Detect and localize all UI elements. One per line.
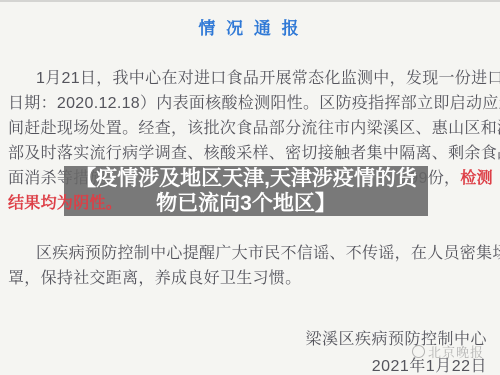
text-line: 部及时落实流行病学调查、核酸采样、密切接触者集中隔离、剩余食品封存、环境全 <box>8 141 495 166</box>
text-line: 1月21日，我中心在对进口食品开展常态化监测中，发现一份进口车厘子（生产 <box>8 66 495 91</box>
body-text: 1月21日，我中心在对进口食品开展常态化监测中，发现一份进口车厘子（生产 <box>36 70 500 87</box>
text-line: 罩，保持社交距离，养成良好卫生习惯。 <box>8 266 495 291</box>
press-logo-icon <box>412 345 425 358</box>
text-line: 日期：2020.12.18）内表面核酸检测阳性。区防疫指挥部立即启动应急预案，第… <box>8 91 495 116</box>
alert-text: 检测 <box>460 170 493 187</box>
press-watermark: 北京晚报 <box>412 342 484 361</box>
notice-page: 情 况 通 报 1月21日，我中心在对进口食品开展常态化监测中，发现一份进口车厘… <box>0 0 500 375</box>
text-line: 间赶赴现场处置。经查，该批次食品部分流往市内梁溪区、惠山区和滨湖区。区指挥 <box>8 116 495 141</box>
caption-line-1: 【疫情涉及地区天津,天津涉疫情的货 <box>64 166 428 191</box>
notice-title: 情 况 通 报 <box>0 14 500 39</box>
body-text: 间赶赴现场处置。经查，该批次食品部分流往市内梁溪区、惠山区和滨湖区。区指挥 <box>8 120 500 137</box>
body-text: 区疾病预防控制中心提醒广大市民不信谣、不传谣，在人员密集场所自觉佩戴口 <box>36 245 500 262</box>
text-line: 区疾病预防控制中心提醒广大市民不信谣、不传谣，在人员密集场所自觉佩戴口 <box>8 241 495 266</box>
press-watermark-label: 北京晚报 <box>428 342 484 361</box>
alert-text: 结果均为阴性。 <box>8 195 122 212</box>
body-text: 罩，保持社交距离，养成良好卫生习惯。 <box>8 270 301 287</box>
body-text: 部及时落实流行病学调查、核酸采样、密切接触者集中隔离、剩余食品封存、环境全 <box>8 145 500 162</box>
paragraph-2: 区疾病预防控制中心提醒广大市民不信谣、不传谣，在人员密集场所自觉佩戴口罩，保持社… <box>8 241 495 291</box>
top-divider <box>0 0 500 2</box>
body-text: 日期：2020.12.18）内表面核酸检测阳性。区防疫指挥部立即启动应急预案，第… <box>8 95 500 112</box>
